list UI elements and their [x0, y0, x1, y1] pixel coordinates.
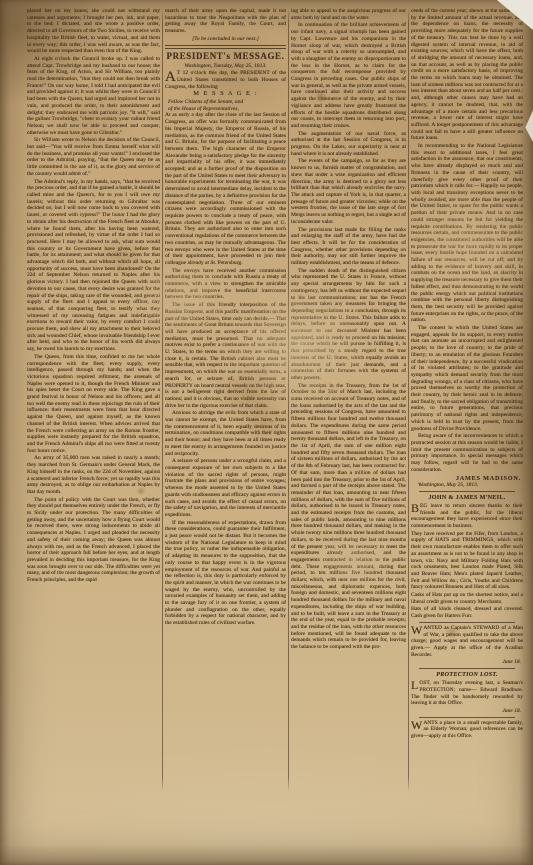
ad-paragraph: BEG leave to return sincere thanks to th…	[411, 503, 523, 530]
ad-paragraph: LOST, on Thursday evening last, a Seaman…	[411, 680, 523, 707]
article-end-fragment: march of their army upon the capital, ma…	[165, 8, 286, 35]
column-divider	[288, 8, 289, 792]
message-word: M E S S A G E :	[165, 91, 286, 98]
column-3-text: ing able to appeal to the auspicious pro…	[291, 8, 406, 651]
paragraph: At as early a day after the close of the…	[165, 112, 286, 266]
paragraph: ing able to appeal to the auspicious pro…	[291, 8, 406, 21]
message-intro: AT 12 o'clock this day, the PRESIDENT of…	[165, 70, 286, 90]
ad-paragraph: Casks of Hats put up on the shortest not…	[411, 592, 523, 605]
paragraph: Sir William wrote to Nelson the decision…	[27, 137, 160, 177]
message-dateline: Washington, Tuesday, May 25, 1813.	[165, 63, 286, 70]
continuation-note: [To be concluded in our next.]	[165, 36, 286, 43]
ad-heading: PROTECTION LOST.	[411, 671, 523, 679]
ad-date: June 18.	[411, 659, 521, 666]
ad-divider	[419, 668, 515, 669]
ad-paragraph: They have received per the Fifer, from L…	[411, 531, 523, 591]
column-4: ceeds of the current year; shewn at the …	[411, 8, 523, 792]
paragraph: The receipts in the Treasury, from the 1…	[291, 383, 406, 651]
paragraph: Being aware of the inconveniences to whi…	[411, 433, 523, 473]
paragraph: In continuation of the brilliant achieve…	[291, 22, 406, 129]
paragraph: Anxious to abridge the evils from which …	[165, 410, 286, 457]
column-divider	[408, 8, 409, 792]
paragraph: At eight o'clock the Council broke up. I…	[27, 56, 160, 136]
paragraph: ceeds of the current year; shewn at the …	[411, 8, 523, 142]
paragraph: If the reasonableness of expectations, d…	[165, 520, 286, 627]
paragraph: placed her on my knees; she could not wi…	[27, 8, 160, 55]
paragraph: The provisions last made for filling the…	[291, 227, 406, 267]
column-2: march of their army upon the capital, ma…	[165, 8, 286, 792]
ad-heading: JOHN & JAMES M'NEIL.	[411, 494, 523, 502]
paragraph: The contest in which the United States a…	[411, 325, 523, 432]
column-4-text: ceeds of the current year; shewn at the …	[411, 8, 523, 474]
ad-paragraph: WANTS a place in a small respectable fam…	[411, 720, 523, 740]
headline-presidents-message: PRESIDENT's MESSAGE.	[165, 51, 286, 62]
column-1: placed her on my knees; she could not wi…	[27, 8, 160, 792]
paragraph: The point of policy with the Court was t…	[27, 497, 160, 584]
paragraph: The augmentation of our naval force, as …	[291, 131, 406, 158]
ad-paragraph: Hats of all kinds cleaned, dressed and c…	[411, 606, 523, 619]
paragraph: In recommending to the National Legislat…	[411, 143, 523, 324]
ad-paragraph: WANTED as Captain's STEWARD of a Man of …	[411, 625, 523, 659]
ad-divider	[419, 717, 515, 718]
column-2-text: At as early a day after the close of the…	[165, 112, 286, 626]
page-columns: placed her on my knees; she could not wi…	[27, 8, 525, 792]
salutation-line-1: Fellow Citizens of the Senate, and	[165, 99, 286, 106]
column-3: ing able to appeal to the auspicious pro…	[291, 8, 406, 792]
column-divider	[162, 8, 163, 792]
paragraph: An army of 35,000 men was raised in near…	[27, 455, 160, 495]
paragraph: The Admiral's reply, in my hands, says, …	[27, 179, 160, 353]
ads-divider	[419, 491, 515, 492]
signature-dateline: Washington, May 25, 1813.	[411, 482, 523, 489]
paragraph: The issue of this friendly interposition…	[165, 302, 286, 409]
ad-date: June 18.	[411, 708, 521, 715]
newspaper-scan: placed her on my knees; she could not wi…	[0, 0, 533, 865]
advertisements: JOHN & JAMES M'NEIL.BEG leave to return …	[411, 494, 523, 740]
paragraph: The events of the campaign, so far as th…	[291, 158, 406, 225]
paragraph: A seizure of persons under a wrongful cl…	[165, 458, 286, 518]
paragraph: The envoys have received another commiss…	[165, 268, 286, 302]
column-1-text: placed her on my knees; she could not wi…	[27, 8, 160, 584]
paragraph: The Queen, from this time, confided to m…	[27, 354, 160, 455]
section-divider	[165, 45, 286, 49]
ad-divider	[419, 622, 515, 623]
paragraph: The sudden death of the distinguished ci…	[291, 268, 406, 382]
